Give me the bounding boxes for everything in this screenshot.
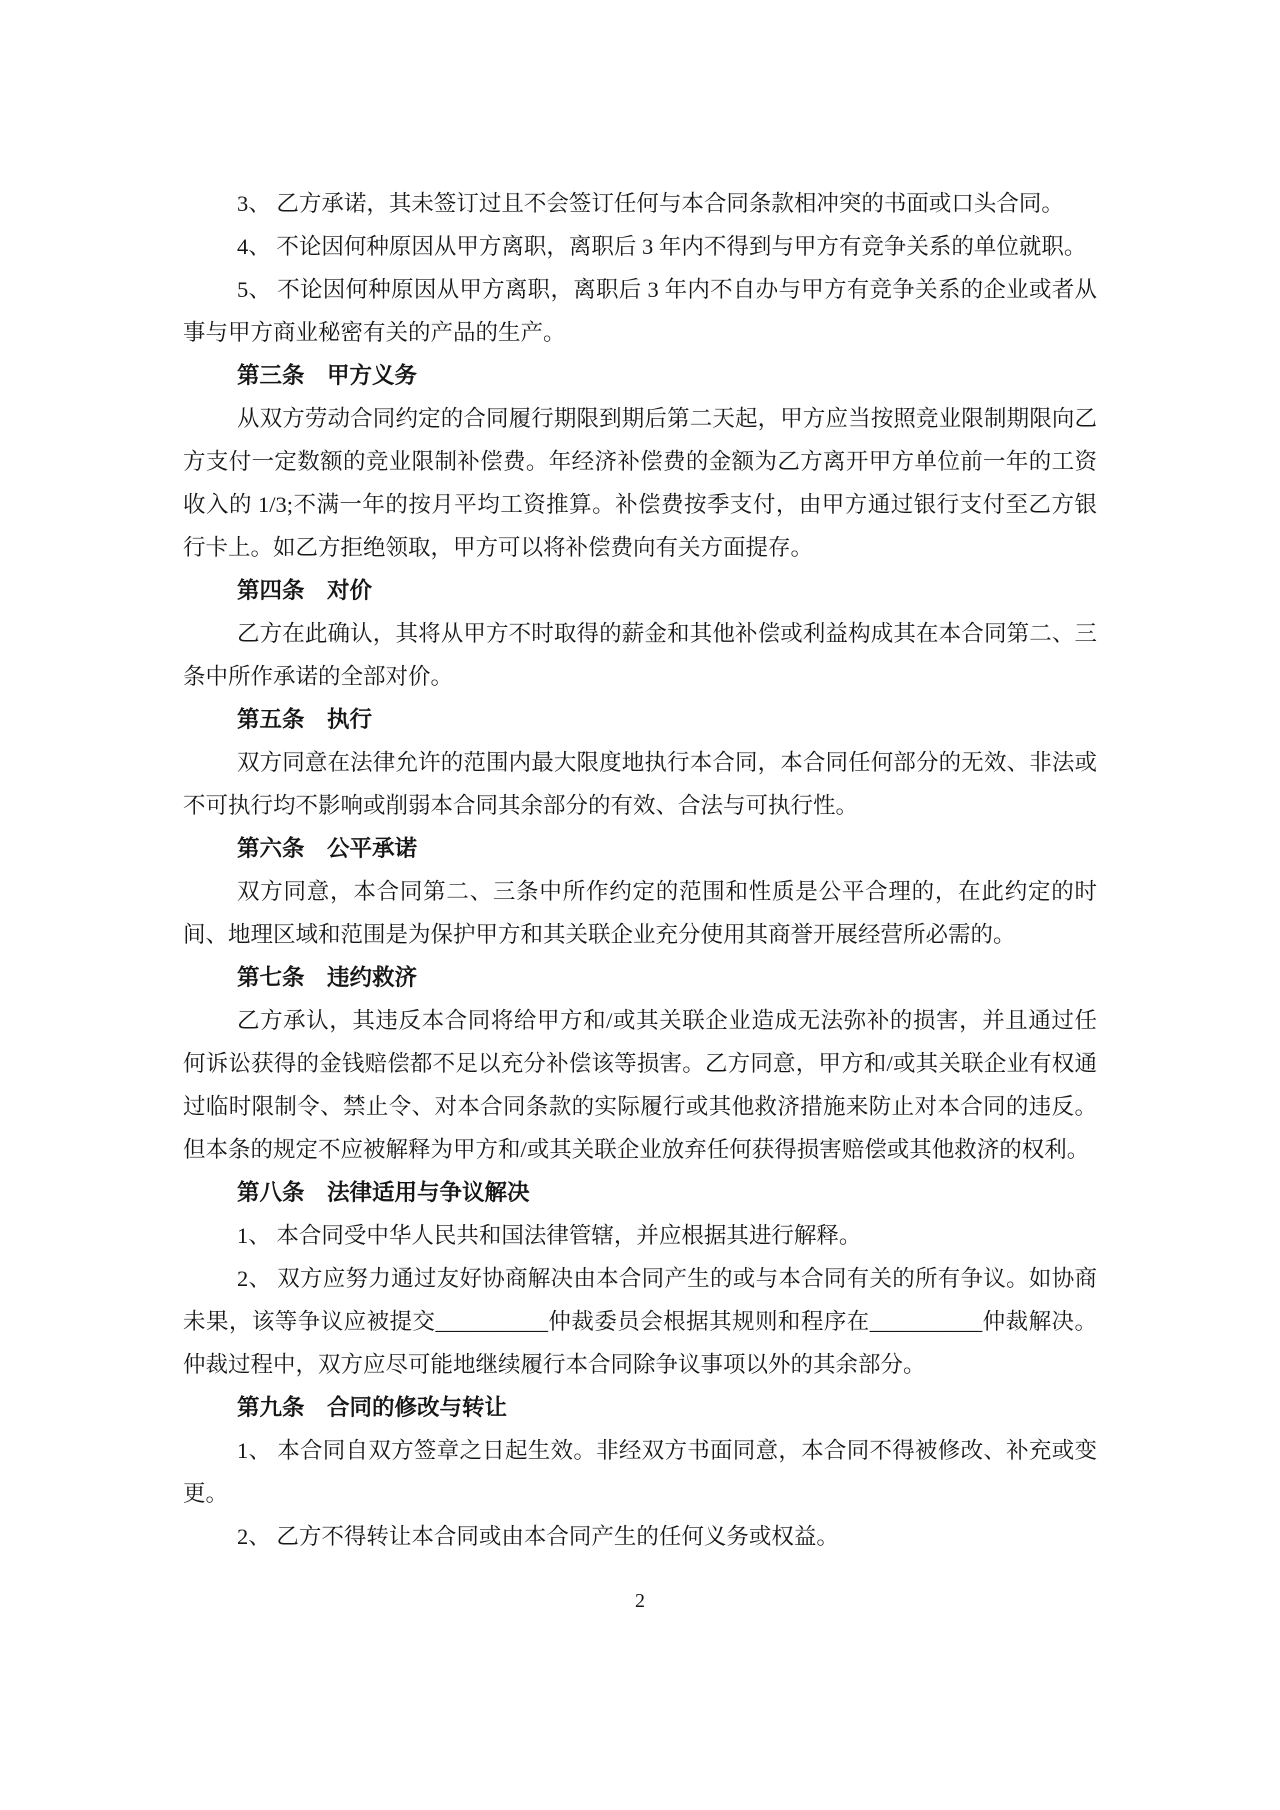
clause-item: 1、 本合同受中华人民共和国法律管辖，并应根据其进行解释。 xyxy=(183,1214,1097,1257)
article-heading-6: 第六条 公平承诺 xyxy=(183,827,1097,870)
clause-item: 5、 不论因何种原因从甲方离职，离职后 3 年内不自办与甲方有竞争关系的企业或者… xyxy=(183,268,1097,354)
article-paragraph: 双方同意在法律允许的范围内最大限度地执行本合同，本合同任何部分的无效、非法或不可… xyxy=(183,741,1097,827)
clause-item: 1、 本合同自双方签章之日起生效。非经双方书面同意，本合同不得被修改、补充或变更… xyxy=(183,1429,1097,1515)
clause-item: 4、 不论因何种原因从甲方离职，离职后 3 年内不得到与甲方有竞争关系的单位就职… xyxy=(183,225,1097,268)
article-heading-4: 第四条 对价 xyxy=(183,569,1097,612)
clause-item: 2、 双方应努力通过友好协商解决由本合同产生的或与本合同有关的所有争议。如协商未… xyxy=(183,1257,1097,1386)
article-paragraph: 乙方承认，其违反本合同将给甲方和/或其关联企业造成无法弥补的损害，并且通过任何诉… xyxy=(183,999,1097,1171)
article-heading-7: 第七条 违约救济 xyxy=(183,956,1097,999)
contract-body: 3、 乙方承诺，其未签订过且不会签订任何与本合同条款相冲突的书面或口头合同。 4… xyxy=(183,182,1097,1558)
article-paragraph: 双方同意，本合同第二、三条中所作约定的范围和性质是公平合理的，在此约定的时间、地… xyxy=(183,870,1097,956)
article-paragraph: 乙方在此确认，其将从甲方不时取得的薪金和其他补偿或利益构成其在本合同第二、三条中… xyxy=(183,612,1097,698)
article-heading-5: 第五条 执行 xyxy=(183,698,1097,741)
clause-item: 2、 乙方不得转让本合同或由本合同产生的任何义务或权益。 xyxy=(183,1515,1097,1558)
page-number: 2 xyxy=(183,1589,1097,1613)
article-heading-8: 第八条 法律适用与争议解决 xyxy=(183,1171,1097,1214)
article-heading-9: 第九条 合同的修改与转让 xyxy=(183,1386,1097,1429)
clause-item: 3、 乙方承诺，其未签订过且不会签订任何与本合同条款相冲突的书面或口头合同。 xyxy=(183,182,1097,225)
article-heading-3: 第三条 甲方义务 xyxy=(183,354,1097,397)
document-page: 3、 乙方承诺，其未签订过且不会签订任何与本合同条款相冲突的书面或口头合同。 4… xyxy=(0,0,1280,1810)
article-paragraph: 从双方劳动合同约定的合同履行期限到期后第二天起，甲方应当按照竞业限制期限向乙方支… xyxy=(183,397,1097,569)
